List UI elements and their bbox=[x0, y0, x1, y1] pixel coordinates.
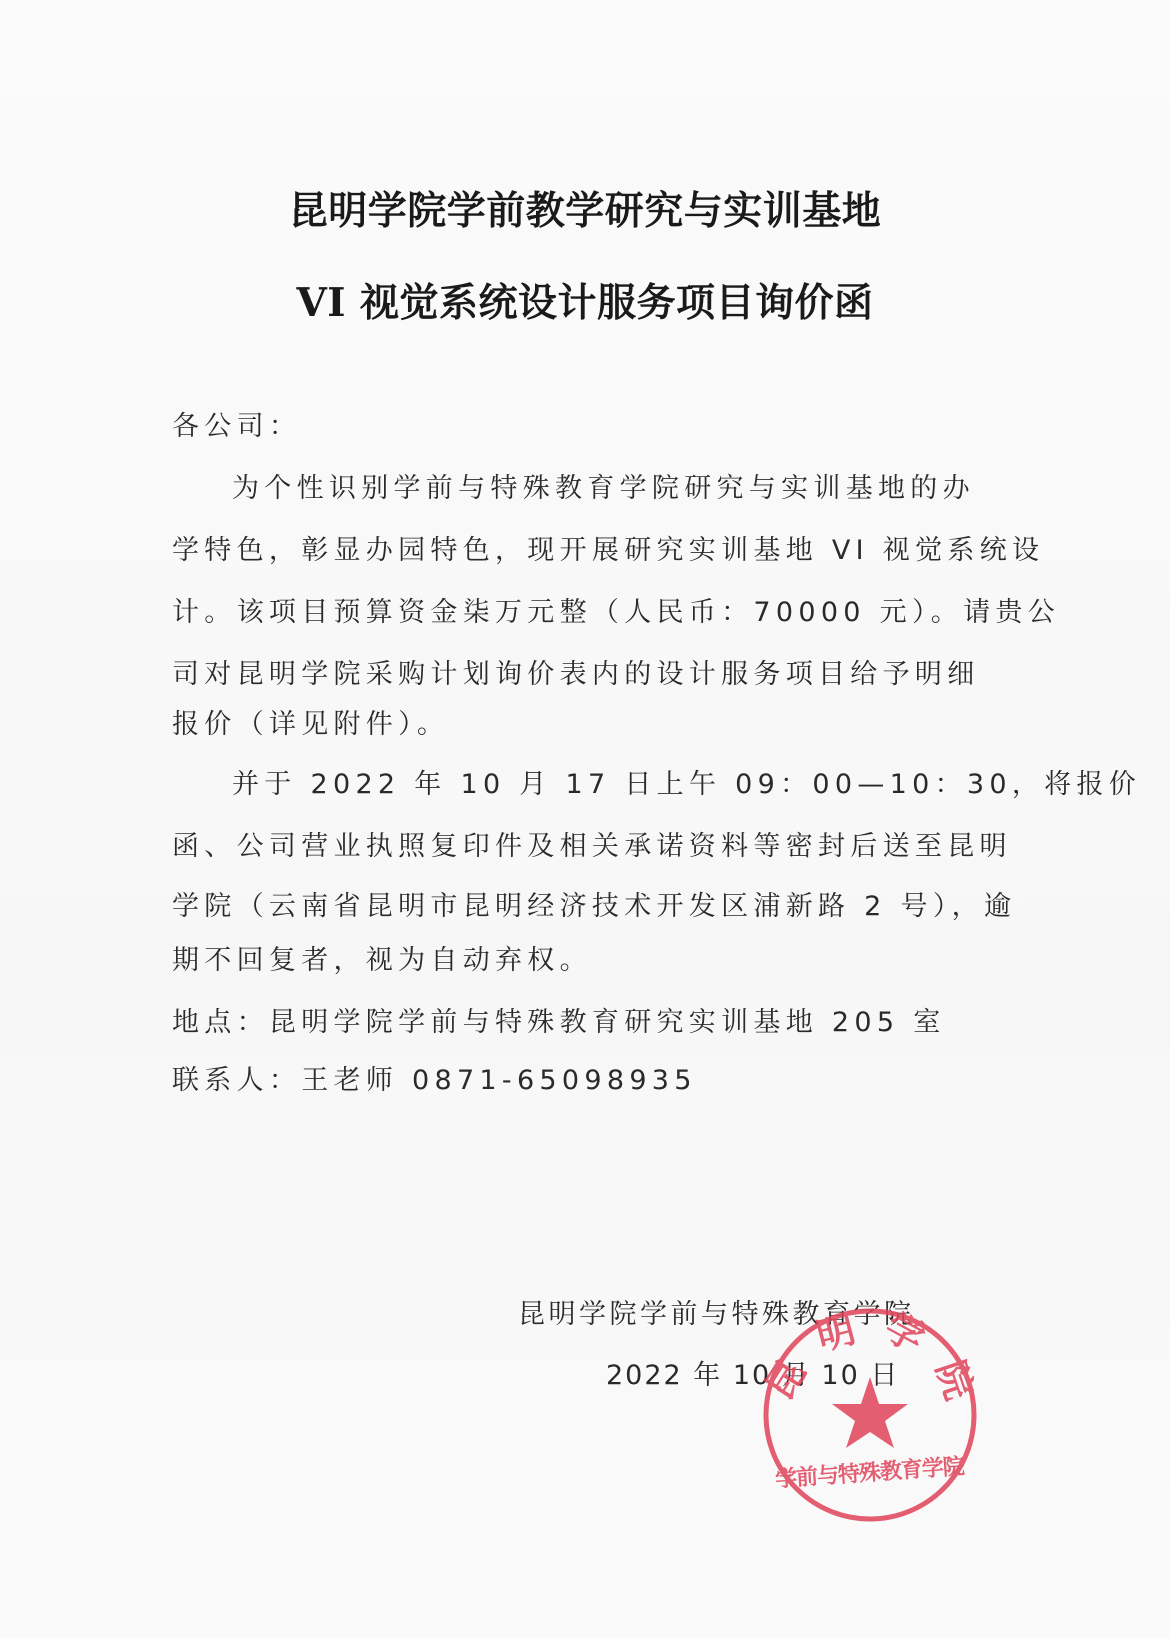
paragraph-line: 司对昆明学院采购计划询价表内的设计服务项目给予明细 bbox=[172, 652, 980, 691]
paragraph-line: 报价（详见附件）。 bbox=[172, 702, 449, 741]
paragraph-line: 期不回复者，视为自动弃权。 bbox=[172, 938, 592, 977]
paragraph-line: 函、公司营业执照复印件及相关承诺资料等密封后送至昆明 bbox=[172, 824, 1012, 863]
document-title-line2: VI 视觉系统设计服务项目询价函 bbox=[0, 272, 1170, 328]
svg-text:学前与特殊教育学院: 学前与特殊教育学院 bbox=[774, 1453, 965, 1492]
paragraph-line: 计。该项目预算资金柒万元整（人民币：70000 元）。请贵公 bbox=[172, 590, 1060, 629]
salutation: 各公司： bbox=[172, 404, 301, 443]
paragraph-line: 为个性识别学前与特殊教育学院研究与实训基地的办 bbox=[232, 466, 975, 505]
document-page: 昆明学院学前教学研究与实训基地 VI 视觉系统设计服务项目询价函 各公司： 为个… bbox=[0, 0, 1170, 1638]
paragraph-line: 学院（云南省昆明市昆明经济技术开发区浦新路 2 号），逾 bbox=[172, 884, 1016, 923]
document-title-line1: 昆明学院学前教学研究与实训基地 bbox=[0, 180, 1170, 236]
official-seal-icon: 昆明学院 学前与特殊教育学院 bbox=[760, 1305, 980, 1525]
contact-line: 联系人：王老师 0871-65098935 bbox=[172, 1058, 697, 1097]
location-line: 地点：昆明学院学前与特殊教育研究实训基地 205 室 bbox=[172, 1000, 946, 1039]
paragraph-line: 并于 2022 年 10 月 17 日上午 09：00—10：30，将报价 bbox=[232, 762, 1141, 801]
paragraph-line: 学特色，彰显办园特色，现开展研究实训基地 VI 视觉系统设 bbox=[172, 528, 1044, 567]
